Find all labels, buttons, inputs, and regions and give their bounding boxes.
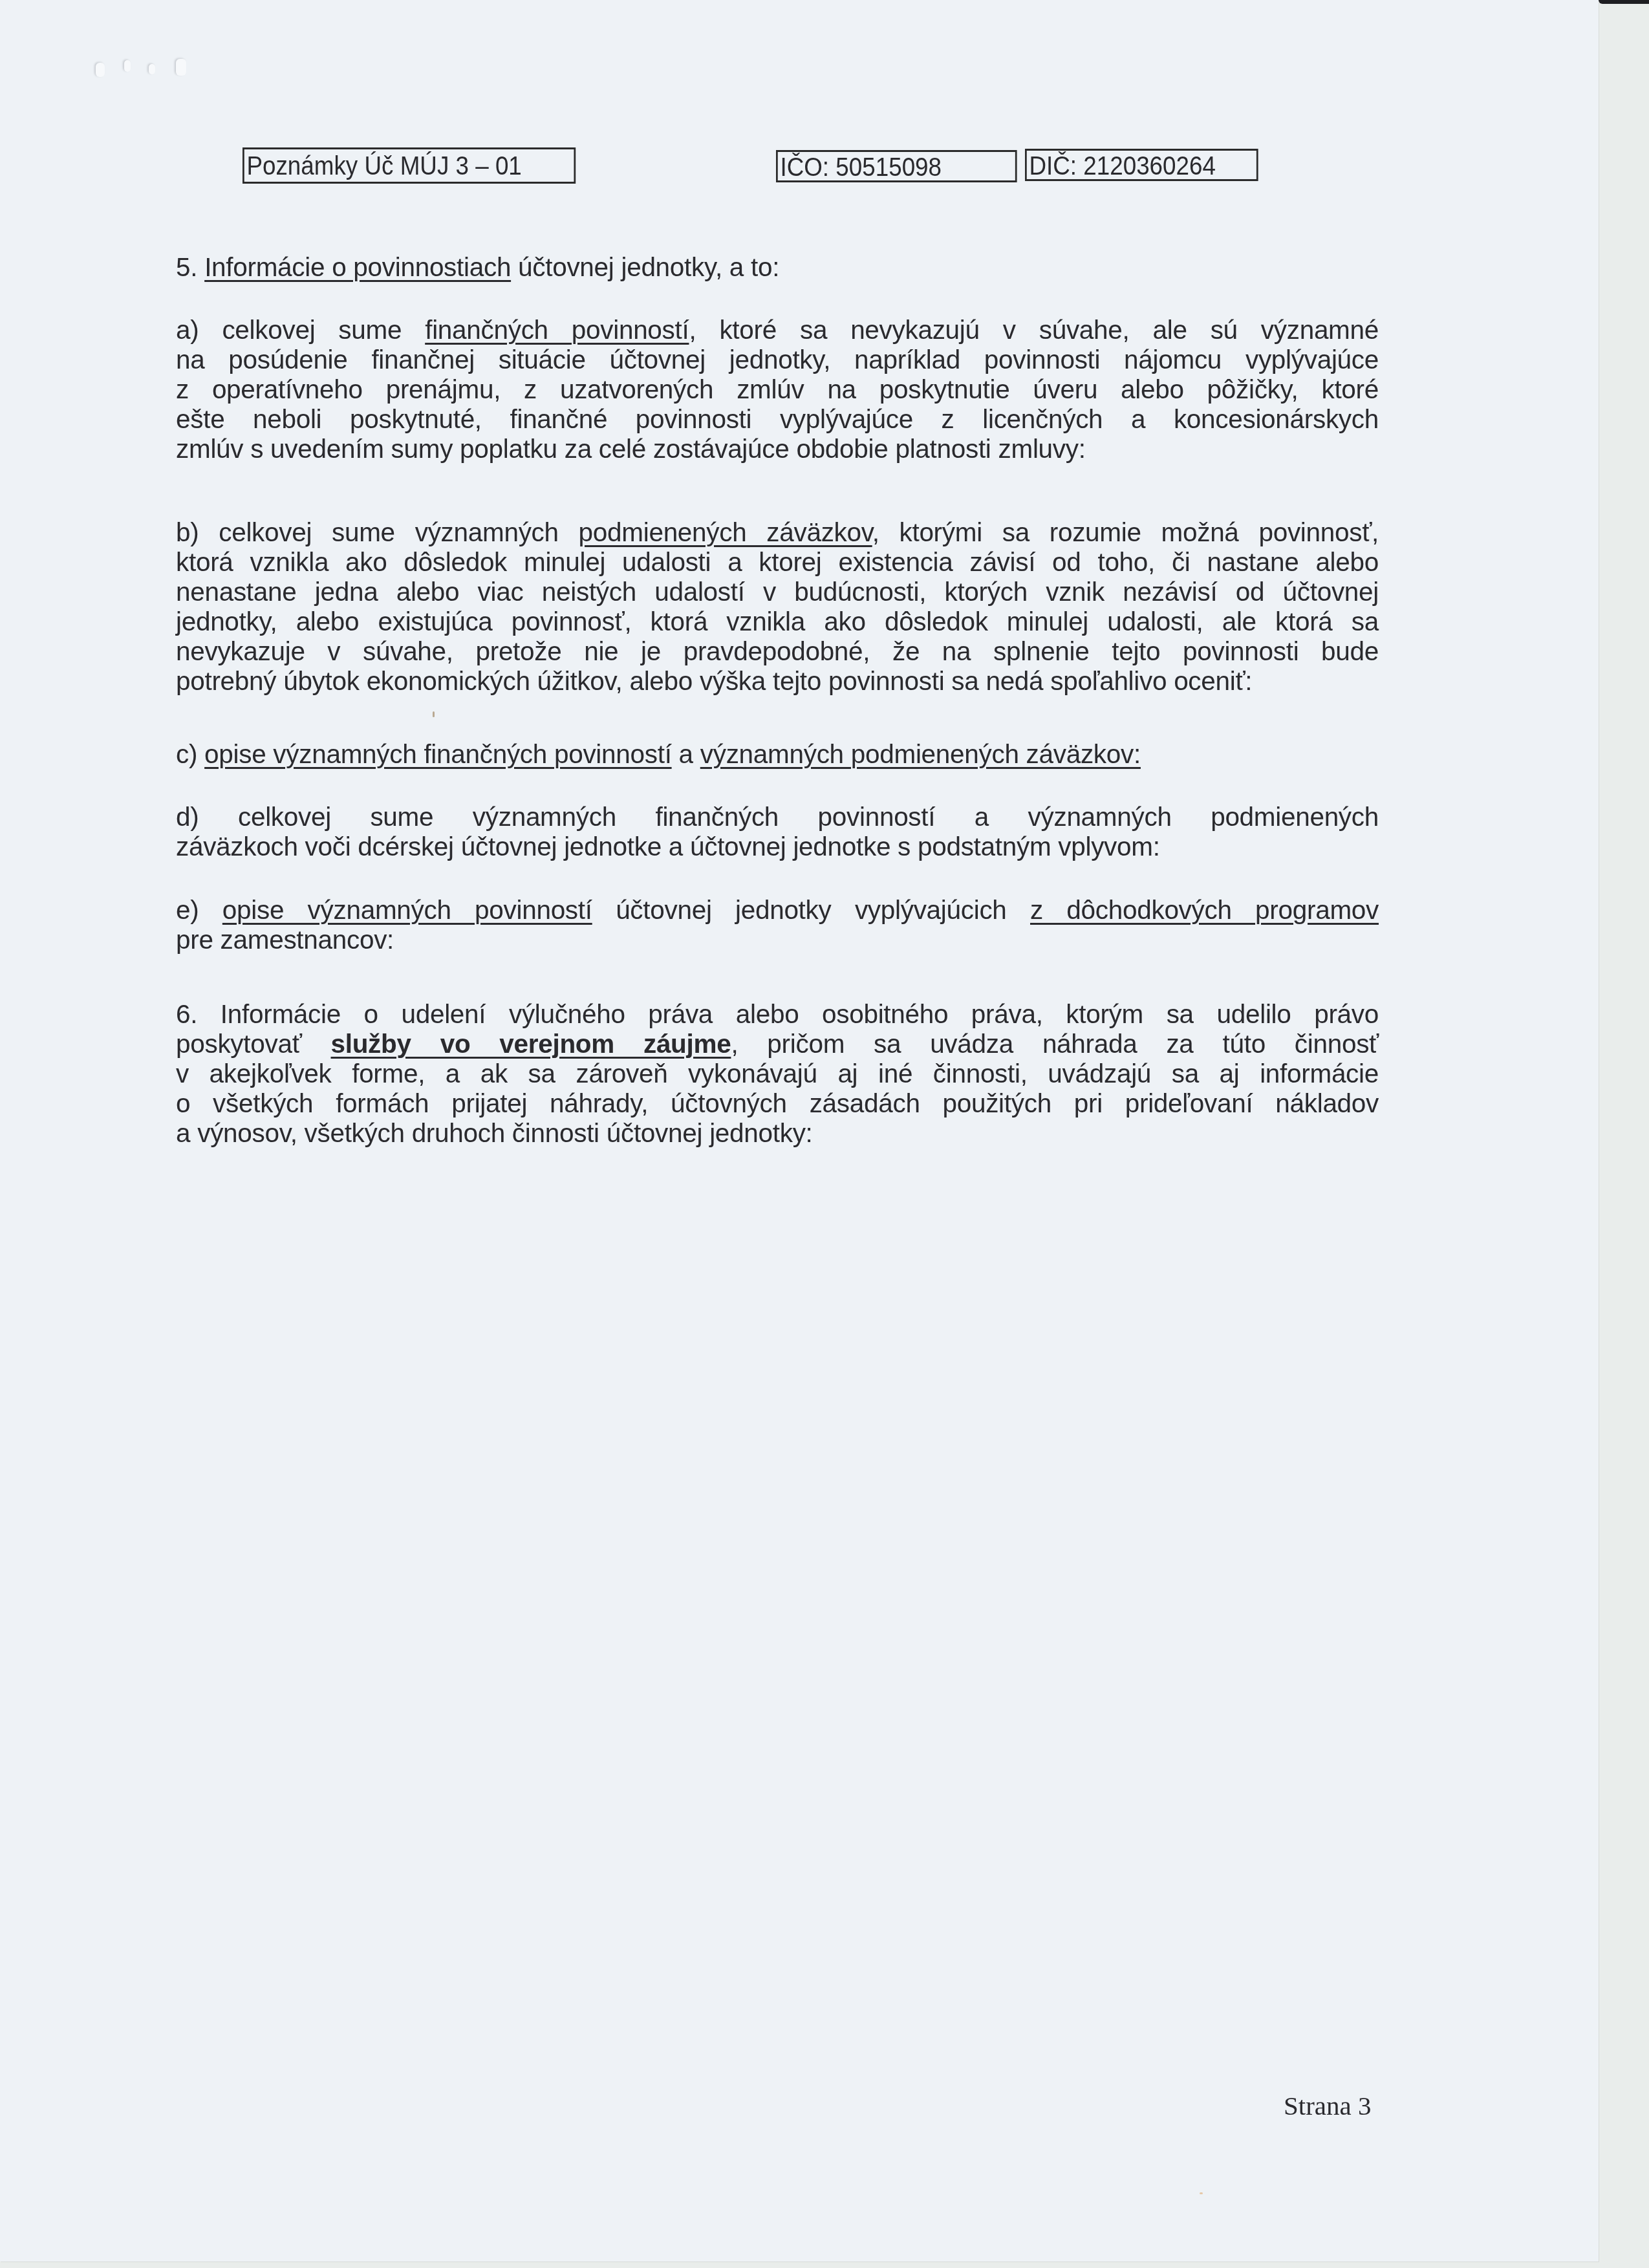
paragraph-line: e) opise významných povinností účtovnej … <box>176 895 1379 925</box>
embossed-stamp-mark <box>91 55 200 84</box>
paragraph-line: v akejkoľvek forme, a ak sa zároveň vyko… <box>176 1059 1379 1088</box>
form-code-box: Poznámky Úč MÚJ 3 – 01 <box>242 147 576 184</box>
paragraph-e: e) opise významných povinností účtovnej … <box>176 895 1379 955</box>
paragraph-line: c) opise významných finančných povinnost… <box>176 739 1379 769</box>
paragraph-line: ešte neboli poskytnuté, finančné povinno… <box>176 404 1379 434</box>
scanner-edge <box>1599 0 1649 4</box>
section-5-heading: 5. Informácie o povinnostiach účtovnej j… <box>176 252 1379 282</box>
ico-box: IČO: 50515098 <box>776 150 1017 182</box>
underlined-term: opise významných finančných povinností <box>204 739 672 769</box>
underlined-term: finančných povinností <box>425 315 689 345</box>
paragraph-d: d) celkovej sume významných finančných p… <box>176 802 1379 861</box>
section-title-underlined: Informácie o povinnostiach <box>204 252 511 282</box>
paragraph-line: pre zamestnancov: <box>176 925 1379 955</box>
underlined-bold-term: služby vo verejnom záujme <box>331 1029 731 1059</box>
paragraph-line: potrebný úbytok ekonomických úžitkov, al… <box>176 666 1379 696</box>
paragraph-line: a výnosov, všetkých druhoch činnosti účt… <box>176 1118 1379 1148</box>
underlined-term: podmienených záväzkov <box>579 517 872 547</box>
document-page: Poznámky Úč MÚJ 3 – 01 IČO: 50515098 DIČ… <box>0 0 1599 2262</box>
paragraph-line: z operatívneho prenájmu, z uzatvorených … <box>176 374 1379 404</box>
underlined-term: významných podmienených záväzkov: <box>700 739 1141 769</box>
scan-speck <box>433 711 435 717</box>
ico-value: IČO: 50515098 <box>780 153 942 182</box>
paragraph-line: a) celkovej sume finančných povinností, … <box>176 315 1379 345</box>
paragraph-line: na posúdenie finančnej situácie účtovnej… <box>176 345 1379 374</box>
underlined-term: opise významných povinností <box>222 895 592 925</box>
paragraph-line: jednotky, alebo existujúca povinnosť, kt… <box>176 607 1379 636</box>
section-6: 6. Informácie o udelení výlučného práva … <box>176 999 1379 1148</box>
paragraph-line: ktorá vznikla ako dôsledok minulej udalo… <box>176 547 1379 577</box>
paragraph-line: nenastane jedna alebo viac neistých udal… <box>176 577 1379 607</box>
paragraph-line: o všetkých formách prijatej náhrady, účt… <box>176 1088 1379 1118</box>
paragraph-line: 6. Informácie o udelení výlučného práva … <box>176 999 1379 1029</box>
underlined-term: z dôchodkových programov <box>1030 895 1379 925</box>
dic-value: DIČ: 2120360264 <box>1029 152 1215 180</box>
paragraph-line: d) celkovej sume významných finančných p… <box>176 802 1379 832</box>
paragraph-line: zmlúv s uvedením sumy poplatku za celé z… <box>176 434 1379 464</box>
paragraph-a: a) celkovej sume finančných povinností, … <box>176 315 1379 464</box>
paragraph-line: poskytovať služby vo verejnom záujme, pr… <box>176 1029 1379 1059</box>
form-code-label: Poznámky Úč MÚJ 3 – 01 <box>246 152 521 180</box>
section-title-rest: účtovnej jednotky, a to: <box>511 252 779 282</box>
paragraph-line: b) celkovej sume významných podmienených… <box>176 517 1379 547</box>
page-number: Strana 3 <box>1284 2090 1372 2121</box>
section-number: 5. <box>176 252 197 282</box>
scan-speck <box>1200 2192 1203 2194</box>
paragraph-line: nevykazuje v súvahe, pretože nie je prav… <box>176 636 1379 666</box>
dic-box: DIČ: 2120360264 <box>1025 149 1258 181</box>
paragraph-b: b) celkovej sume významných podmienených… <box>176 517 1379 696</box>
paragraph-line: záväzkoch voči dcérskej účtovnej jednotk… <box>176 832 1379 861</box>
paragraph-c: c) opise významných finančných povinnost… <box>176 739 1379 769</box>
